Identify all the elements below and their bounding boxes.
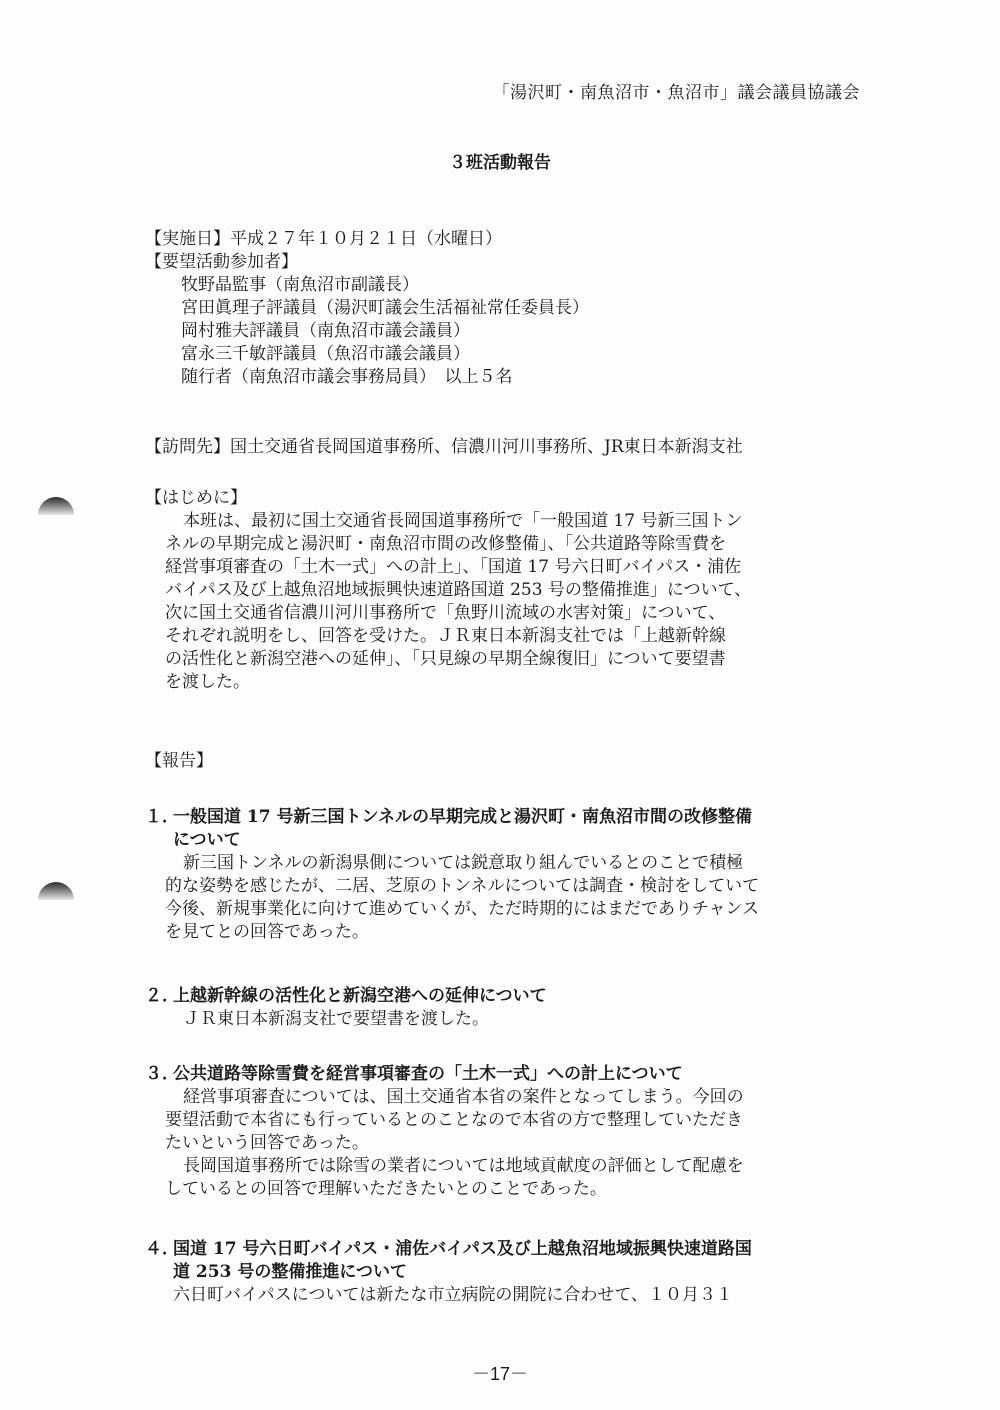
item-number: ３．	[145, 1063, 173, 1086]
item-body-line: 要望活動で本省にも行っているとのことなので本省の方で整理していただき	[145, 1109, 865, 1132]
participant-item: 牧野晶監事（南魚沼市副議長）	[145, 274, 865, 297]
item-body-line: 今後、新規事業化に向けて進めていくが、ただ時期的にはまだでありチャンス	[145, 898, 865, 921]
item-title: 公共道路等除雪費を経営事項審査の「土木一式」への計上について	[173, 1064, 683, 1084]
organization-header: 「湯沢町・南魚沼市・魚沼市」議会議員協議会	[493, 78, 861, 103]
punch-hole-mark	[38, 882, 74, 900]
report-item: ３．公共道路等除雪費を経営事項審査の「土木一式」への計上について 経営事項審査に…	[145, 1063, 865, 1201]
document-title: ３班活動報告	[0, 148, 1000, 173]
item-body-line: 新三国トンネルの新潟県側については鋭意取り組んでいるとのことで積極	[145, 852, 865, 875]
participant-item: 随行者（南魚沼市議会事務局員） 以上５名	[145, 366, 865, 389]
intro-line: 経営事項審査の「土木一式」への計上」、「国道 17 号六日町バイパス・浦佐	[145, 556, 865, 579]
intro-section: 【はじめに】 本班は、最初に国土交通省長岡国道事務所で「一般国道 17 号新三国…	[145, 487, 865, 694]
item-title: 上越新幹線の活性化と新潟空港への延伸について	[173, 986, 547, 1006]
item-body-line: を見てとの回答であった。	[145, 921, 865, 944]
intro-line: それぞれ説明をし、回答を受けた。ＪＲ東日本新潟支社では「上越新幹線	[145, 625, 865, 648]
report-heading: 【報告】	[145, 750, 865, 773]
visit-section: 【訪問先】国土交通省長岡国道事務所、信濃川河川事務所、JR東日本新潟支社	[145, 436, 865, 459]
report-heading-block: 【報告】	[145, 750, 865, 773]
item-body-line: 経営事項審査については、国土交通省本省の案件となってしまう。今回の	[145, 1086, 865, 1109]
participant-item: 岡村雅夫評議員（南魚沼市議会議員）	[145, 320, 865, 343]
intro-line: 次に国土交通省信濃川河川事務所で「魚野川流域の水害対策」について、	[145, 602, 865, 625]
item-number: ４．	[145, 1238, 173, 1261]
visit-value: 国土交通省長岡国道事務所、信濃川河川事務所、JR東日本新潟支社	[230, 437, 743, 457]
intro-heading: 【はじめに】	[145, 487, 865, 510]
visit-line: 【訪問先】国土交通省長岡国道事務所、信濃川河川事務所、JR東日本新潟支社	[145, 436, 865, 459]
meta-section: 【実施日】平成２７年１０月２１日（水曜日） 【要望活動参加者】 牧野晶監事（南魚…	[145, 228, 865, 389]
item-body-line: しているとの回答で理解いただきたいとのことであった。	[145, 1178, 865, 1201]
item-body-line: 六日町バイパスについては新たな市立病院の開院に合わせて、１０月３１	[145, 1284, 865, 1307]
item-title: 道 253 号の整備推進について	[145, 1261, 865, 1284]
item-body-line: 的な姿勢を感じたが、二居、芝原のトンネルについては調査・検討をしていて	[145, 875, 865, 898]
item-number: １．	[145, 806, 173, 829]
page-number: －17－	[0, 1360, 1000, 1386]
date-label: 【実施日】	[145, 229, 230, 249]
intro-line: を渡した。	[145, 671, 865, 694]
report-item: ４．国道 17 号六日町バイパス・浦佐バイパス及び上越魚沼地域振興快速道路国 道…	[145, 1238, 865, 1307]
report-item: ２．上越新幹線の活性化と新潟空港への延伸について ＪＲ東日本新潟支社で要望書を渡…	[145, 985, 865, 1031]
intro-line: 本班は、最初に国土交通省長岡国道事務所で「一般国道 17 号新三国トン	[145, 510, 865, 533]
participant-item: 富永三千敏評議員（魚沼市議会議員）	[145, 343, 865, 366]
item-body-line: たいという回答であった。	[145, 1132, 865, 1155]
item-title: 国道 17 号六日町バイパス・浦佐バイパス及び上越魚沼地域振興快速道路国	[173, 1239, 752, 1259]
item-number: ２．	[145, 985, 173, 1008]
date-line: 【実施日】平成２７年１０月２１日（水曜日）	[145, 228, 865, 251]
item-title: 一般国道 17 号新三国トンネルの早期完成と湯沢町・南魚沼市間の改修整備	[173, 807, 752, 827]
date-value: 平成２７年１０月２１日（水曜日）	[230, 229, 502, 249]
visit-label: 【訪問先】	[145, 437, 230, 457]
report-item: １．一般国道 17 号新三国トンネルの早期完成と湯沢町・南魚沼市間の改修整備 に…	[145, 806, 865, 944]
item-body-line: 長岡国道事務所では除雪の業者については地域貢献度の評価として配慮を	[145, 1155, 865, 1178]
intro-line: バイパス及び上越魚沼地域振興快速道路国道 253 号の整備推進」について、	[145, 579, 865, 602]
intro-line: ネルの早期完成と湯沢町・南魚沼市間の改修整備」、「公共道路等除雪費を	[145, 533, 865, 556]
item-body-line: ＪＲ東日本新潟支社で要望書を渡した。	[145, 1008, 865, 1031]
punch-hole-mark	[38, 497, 74, 515]
intro-line: の活性化と新潟空港への延伸」、「只見線の早期全線復旧」について要望書	[145, 648, 865, 671]
participant-item: 宮田眞理子評議員（湯沢町議会生活福祉常任委員長）	[145, 297, 865, 320]
document-page: 「湯沢町・南魚沼市・魚沼市」議会議員協議会 ３班活動報告 【実施日】平成２７年１…	[0, 0, 1000, 1410]
item-title: について	[145, 829, 865, 852]
participants-label: 【要望活動参加者】	[145, 251, 865, 274]
